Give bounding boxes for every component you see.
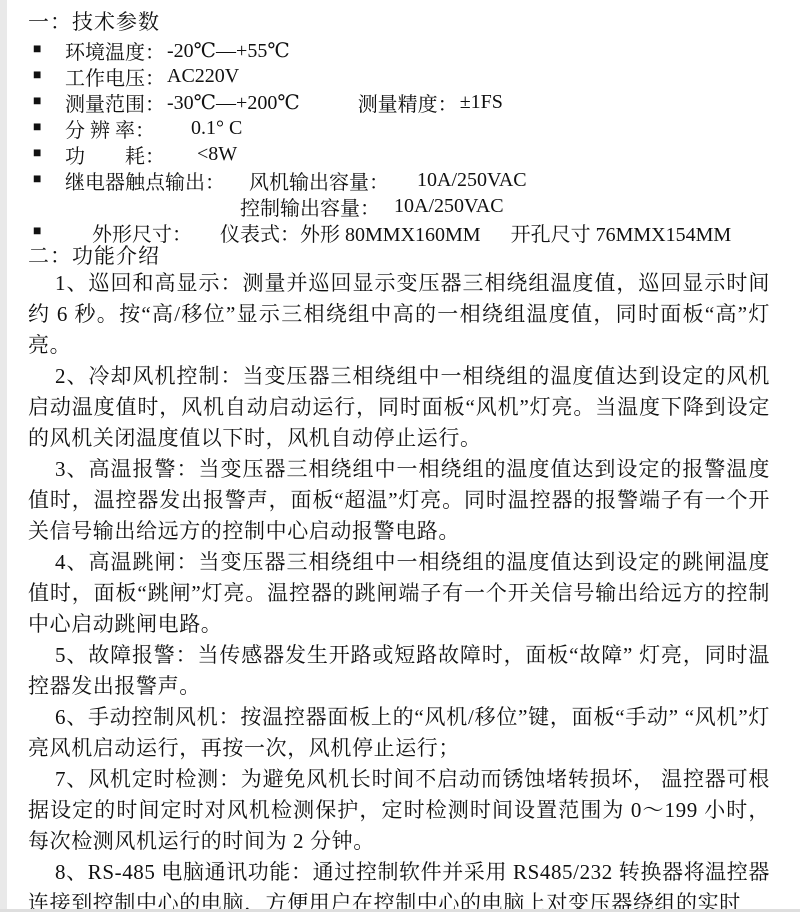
spec-row-measure-range: ■ 测量范围： -30℃—+200℃ 测量精度： ±1FS <box>28 89 770 115</box>
spec-row-working-voltage: ■ 工作电压： AC220V <box>28 63 770 89</box>
spec-value-hole-size: 开孔尺寸 76MMX154MM <box>511 218 732 247</box>
paragraph-cooling-fan-control: 2、冷却风机控制：当变压器三相绕组中一相绕组的温度值达到设定的风机启动温度值时，… <box>28 361 770 454</box>
spec-row-relay-output: ■ 继电器触点输出： 风机输出容量： 10A/250VAC <box>28 167 770 193</box>
spec-value-measure-accuracy: ±1FS <box>460 91 503 114</box>
bullet-square-icon: ■ <box>28 141 65 167</box>
spec-value-ambient-temp: -20℃—+55℃ <box>167 38 290 63</box>
spec-value-control-output: 10A/250VAC <box>394 195 504 218</box>
document-page: 一：技术参数 ■ 环境温度： -20℃—+55℃ ■ 工作电压： AC220V … <box>0 0 800 912</box>
paragraph-manual-fan-control: 6、手动控制风机：按温控器面板上的“风机/移位”键，面板“手动” “风机”灯亮风… <box>28 702 770 764</box>
bullet-square-icon: ■ <box>28 37 65 63</box>
spec-value-measure-range: -30℃—+200℃ <box>167 90 300 115</box>
spec-label-working-voltage: 工作电压： <box>65 62 165 91</box>
spec-value-power: <8W <box>197 143 237 166</box>
bullet-square-icon: ■ <box>28 115 65 141</box>
spec-value-shape-size: 外形 80MMX160MM <box>300 218 481 247</box>
bullet-square-icon: ■ <box>28 89 65 115</box>
spec-label-meter-type: 仪表式： <box>220 218 300 247</box>
paragraph-rs485-communication: 8、RS-485 电脑通讯功能：通过控制软件并采用 RS485/232 转换器将… <box>28 857 770 912</box>
spec-label-measure-range: 测量范围： <box>65 88 165 117</box>
paragraph-fault-alarm: 5、故障报警：当传感器发生开路或短路故障时，面板“故障” 灯亮，同时温控器发出报… <box>28 640 770 702</box>
section2-heading: 二：功能介绍 <box>28 245 770 268</box>
paragraph-high-temp-trip: 4、高温跳闸：当变压器三相绕组中一相绕组的温度值达到设定的跳闸温度值时，面板“跳… <box>28 547 770 640</box>
spec-row-power: ■ 功 耗： <8W <box>28 141 770 167</box>
spec-label-ambient-temp: 环境温度： <box>65 36 165 65</box>
spec-label-resolution: 分 辨 率： <box>65 114 155 143</box>
section1-heading: 一：技术参数 <box>28 8 770 37</box>
spec-label-power: 功 耗： <box>65 140 165 169</box>
spec-row-resolution: ■ 分 辨 率： 0.1° C <box>28 115 770 141</box>
spec-value-fan-output: 10A/250VAC <box>417 169 527 192</box>
bullet-square-icon: ■ <box>28 219 65 245</box>
spec-value-resolution: 0.1° C <box>191 117 242 140</box>
spec-value-working-voltage: AC220V <box>167 65 239 88</box>
bullet-square-icon: ■ <box>28 167 65 193</box>
scan-edge-left <box>0 0 7 912</box>
paragraph-fan-timed-check: 7、风机定时检测：为避免风机长时间不启动而锈蚀堵转损坏， 温控器可根据设定的时间… <box>28 764 770 857</box>
spec-label-fan-output: 风机输出容量： <box>249 166 389 195</box>
spec-label-relay-output: 继电器触点输出： <box>65 166 225 195</box>
paragraph-high-temp-alarm: 3、高温报警：当变压器三相绕组中一相绕组的温度值达到设定的报警温度值时，温控器发… <box>28 454 770 547</box>
spec-row-dimensions: ■ 外形尺寸： 仪表式： 外形 80MMX160MM 开孔尺寸 76MMX154… <box>28 219 770 245</box>
paragraph-cyclic-display: 1、巡回和高显示：测量并巡回显示变压器三相绕组温度值，巡回显示时间约 6 秒。按… <box>28 268 770 361</box>
spec-row-ambient-temp: ■ 环境温度： -20℃—+55℃ <box>28 37 770 63</box>
spec-row-control-output: 控制输出容量： 10A/250VAC <box>28 193 770 219</box>
bullet-square-icon: ■ <box>28 63 65 89</box>
spec-label-dimensions: 外形尺寸： <box>92 218 192 247</box>
spec-label-control-output: 控制输出容量： <box>240 192 380 221</box>
spec-label-measure-accuracy: 测量精度： <box>358 88 458 117</box>
